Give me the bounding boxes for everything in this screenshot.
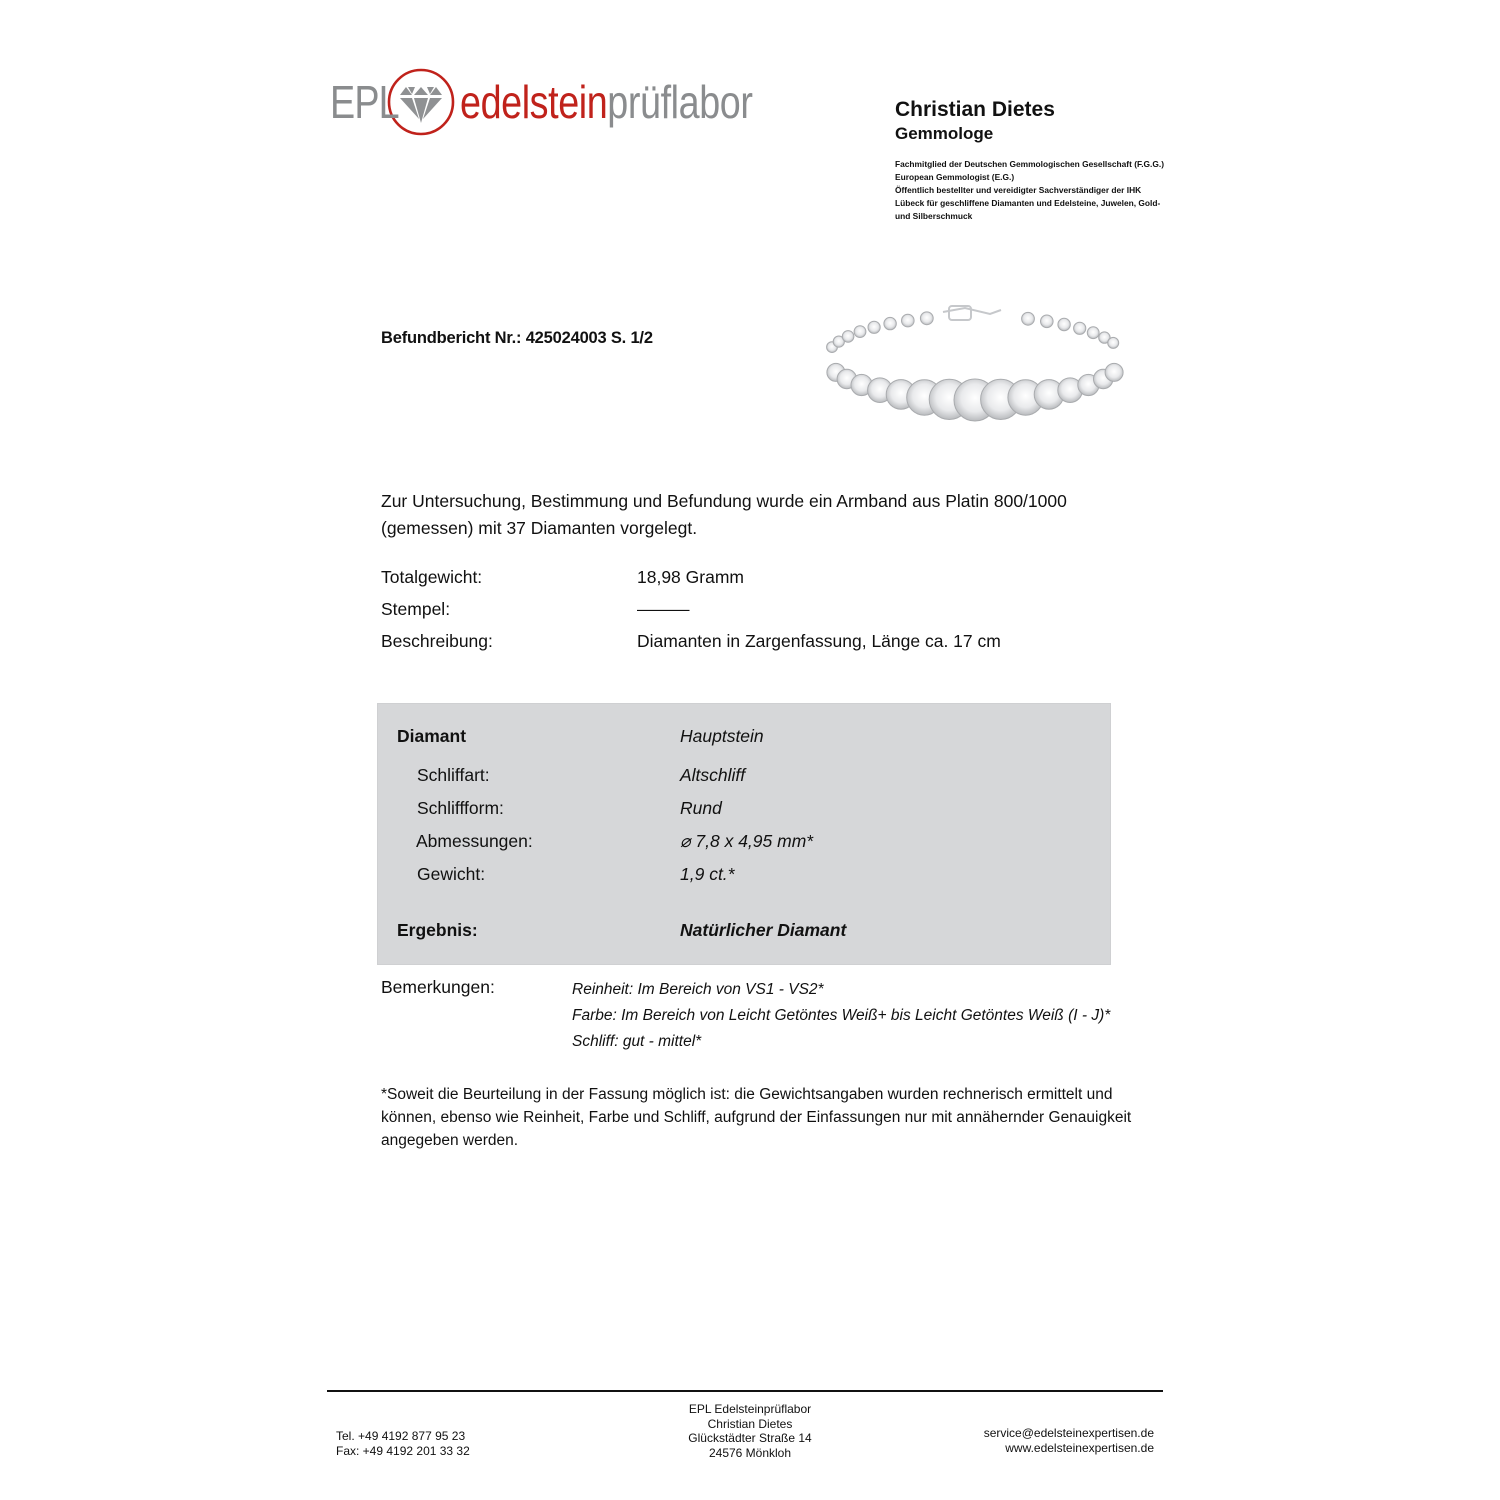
logo-prefix: EPL <box>330 75 379 129</box>
panel-row-label: Abmessungen: <box>416 831 533 852</box>
intro-paragraph: Zur Untersuchung, Bestimmung und Befundu… <box>381 488 1141 542</box>
footer-city: 24576 Mönkloh <box>650 1446 850 1461</box>
bracelet-image <box>815 300 1135 430</box>
remark-line: Reinheit: Im Bereich von VS1 - VS2* <box>572 977 1110 1003</box>
remarks-list: Reinheit: Im Bereich von VS1 - VS2* Farb… <box>572 977 1110 1055</box>
footer-company: EPL Edelsteinprüflabor <box>650 1402 850 1417</box>
panel-heading-value: Hauptstein <box>680 726 764 747</box>
remark-line: Farbe: Im Bereich von Leicht Getöntes We… <box>572 1003 1110 1029</box>
footer-street: Glückstädter Straße 14 <box>650 1431 850 1446</box>
footer-web[interactable]: www.edelsteinexpertisen.de <box>900 1441 1154 1456</box>
panel-row-value: 1,9 ct.* <box>680 864 734 885</box>
panel-row-value: Altschliff <box>680 765 745 786</box>
credential-line: Öffentlich bestellter und vereidigter Sa… <box>895 184 1195 197</box>
detail-value: Diamanten in Zargenfassung, Länge ca. 17… <box>637 631 1001 652</box>
footer-address: EPL Edelsteinprüflabor Christian Dietes … <box>650 1402 850 1460</box>
detail-value: 18,98 Gramm <box>637 567 744 588</box>
panel-row-value: Rund <box>680 798 722 819</box>
footer-tel: Tel. +49 4192 877 95 23 <box>336 1429 470 1444</box>
panel-row-label: Schliffart: <box>417 765 490 786</box>
logo-word-grey: prüflabor <box>607 76 752 128</box>
credential-line: Lübeck für geschliffene Diamanten und Ed… <box>895 197 1195 210</box>
report-number: Befundbericht Nr.: 425024003 S. 1/2 <box>381 329 653 348</box>
detail-label: Stempel: <box>381 599 450 620</box>
diamond-panel: Diamant Hauptstein Schliffart: Altschlif… <box>377 703 1111 965</box>
panel-row-value: ⌀ 7,8 x 4,95 mm* <box>680 831 813 852</box>
credential-line: European Gemmologist (E.G.) <box>895 171 1195 184</box>
footer-email[interactable]: service@edelsteinexpertisen.de <box>900 1426 1154 1441</box>
credentials: Fachmitglied der Deutschen Gemmologische… <box>895 158 1195 223</box>
footer-contact-phone: Tel. +49 4192 877 95 23 Fax: +49 4192 20… <box>336 1429 470 1459</box>
footer-fax: Fax: +49 4192 201 33 32 <box>336 1444 470 1459</box>
gemologist-name: Christian Dietes <box>895 98 1055 122</box>
detail-label: Totalgewicht: <box>381 567 482 588</box>
remark-line: Schliff: gut - mittel* <box>572 1029 1110 1055</box>
credential-line: Fachmitglied der Deutschen Gemmologische… <box>895 158 1195 171</box>
footer-contact-online: service@edelsteinexpertisen.de www.edels… <box>900 1426 1154 1456</box>
gemologist-title: Gemmologe <box>895 124 993 144</box>
panel-row-label: Gewicht: <box>417 864 485 885</box>
logo-word-red: edelstein <box>460 76 607 128</box>
epl-logo: EPL edelsteinprüflabor <box>330 64 817 140</box>
panel-heading-label: Diamant <box>397 726 466 747</box>
footnote: *Soweit die Beurteilung in der Fassung m… <box>381 1083 1141 1152</box>
result-value: Natürlicher Diamant <box>680 920 846 941</box>
detail-value: ——— <box>637 599 690 620</box>
remarks-label: Bemerkungen: <box>381 977 495 998</box>
credential-line: und Silberschmuck <box>895 210 1195 223</box>
detail-label: Beschreibung: <box>381 631 493 652</box>
footer-divider <box>327 1390 1163 1392</box>
logo-wordmark: edelsteinprüflabor <box>460 75 752 129</box>
footer-person: Christian Dietes <box>650 1417 850 1432</box>
panel-row-label: Schliffform: <box>417 798 504 819</box>
result-label: Ergebnis: <box>397 920 478 941</box>
